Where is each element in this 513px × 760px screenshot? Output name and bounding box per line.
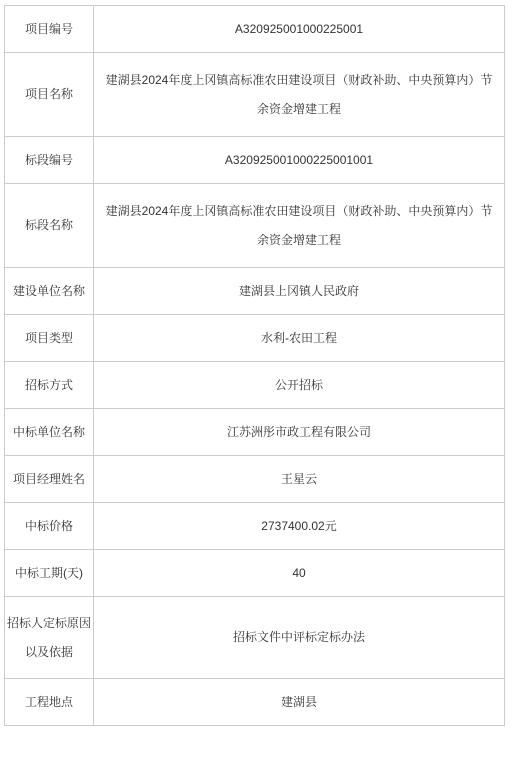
row-label: 项目编号 [5,6,94,53]
row-value: 招标文件中评标定标办法 [94,597,505,679]
row-label: 工程地点 [5,679,94,726]
table-row: 招标方式 公开招标 [5,362,505,409]
row-label: 建设单位名称 [5,268,94,315]
row-value: 公开招标 [94,362,505,409]
row-value: 江苏洲彤市政工程有限公司 [94,409,505,456]
row-label: 标段名称 [5,184,94,268]
table-row: 工程地点 建湖县 [5,679,505,726]
table-row: 标段名称 建湖县2024年度上冈镇高标准农田建设项目（财政补助、中央预算内）节余… [5,184,505,268]
row-label: 项目名称 [5,53,94,137]
row-label: 招标人定标原因以及依据 [5,597,94,679]
table-row: 标段编号 A320925001000225001001 [5,137,505,184]
row-label: 中标价格 [5,503,94,550]
table-row: 建设单位名称 建湖县上冈镇人民政府 [5,268,505,315]
row-value: 水利-农田工程 [94,315,505,362]
row-value: 建湖县 [94,679,505,726]
table-row: 中标价格 2737400.02元 [5,503,505,550]
table-row: 项目经理姓名 王星云 [5,456,505,503]
row-value: 建湖县上冈镇人民政府 [94,268,505,315]
row-label: 招标方式 [5,362,94,409]
project-info-table: 项目编号 A320925001000225001 项目名称 建湖县2024年度上… [4,5,505,726]
row-value: 建湖县2024年度上冈镇高标准农田建设项目（财政补助、中央预算内）节余资金增建工… [94,184,505,268]
row-label: 项目经理姓名 [5,456,94,503]
table-row: 项目名称 建湖县2024年度上冈镇高标准农田建设项目（财政补助、中央预算内）节余… [5,53,505,137]
row-label: 中标单位名称 [5,409,94,456]
page-background: 项目编号 A320925001000225001 项目名称 建湖县2024年度上… [0,5,513,760]
row-label: 项目类型 [5,315,94,362]
table-row: 中标单位名称 江苏洲彤市政工程有限公司 [5,409,505,456]
table-row: 招标人定标原因以及依据 招标文件中评标定标办法 [5,597,505,679]
row-value: A320925001000225001001 [94,137,505,184]
row-value: 建湖县2024年度上冈镇高标准农田建设项目（财政补助、中央预算内）节余资金增建工… [94,53,505,137]
table-row: 项目编号 A320925001000225001 [5,6,505,53]
table-row: 项目类型 水利-农田工程 [5,315,505,362]
row-value: A320925001000225001 [94,6,505,53]
row-label: 标段编号 [5,137,94,184]
row-label: 中标工期(天) [5,550,94,597]
row-value: 2737400.02元 [94,503,505,550]
table-row: 中标工期(天) 40 [5,550,505,597]
row-value: 40 [94,550,505,597]
row-value: 王星云 [94,456,505,503]
